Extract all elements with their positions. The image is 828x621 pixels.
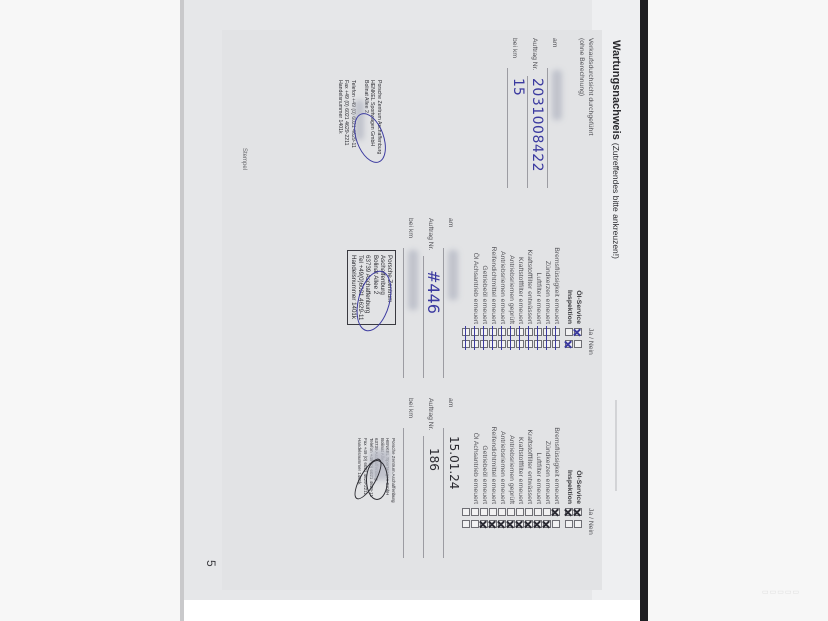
item-label: Öl Achsantrieb erneuert bbox=[472, 253, 479, 324]
item-label: Öl Achsantrieb erneuert bbox=[472, 433, 479, 504]
order-line bbox=[527, 76, 528, 188]
nein-checkbox[interactable] bbox=[516, 520, 524, 528]
order-label: Auftrag Nr. bbox=[531, 38, 538, 71]
item-label: Bremsflüssigkeit erneuert bbox=[553, 427, 560, 504]
ja-checkbox[interactable] bbox=[534, 508, 542, 516]
item-label: Antriebsriemen geprüft bbox=[508, 255, 515, 324]
nein-checkbox[interactable] bbox=[507, 340, 515, 348]
ja-checkbox[interactable] bbox=[498, 508, 506, 516]
strike-line bbox=[474, 326, 475, 350]
nein-checkbox[interactable] bbox=[462, 340, 470, 348]
km-line bbox=[403, 428, 404, 558]
nein-checkbox[interactable] bbox=[471, 520, 479, 528]
ja-checkbox[interactable] bbox=[489, 508, 497, 516]
nein-checkbox[interactable] bbox=[471, 340, 479, 348]
nein-checkbox[interactable] bbox=[574, 520, 582, 528]
nein-checkbox[interactable] bbox=[462, 520, 470, 528]
section-1: Verkaufsdurchsicht durchgeführt (ohne Be… bbox=[232, 30, 602, 200]
strike-line bbox=[510, 326, 511, 350]
date-label: am bbox=[447, 398, 454, 407]
service-label: Öl-Service bbox=[575, 290, 582, 324]
ja-checkbox[interactable] bbox=[480, 508, 488, 516]
order-label: Auftrag Nr. bbox=[427, 398, 434, 431]
stamp-line: Porsche Zentrum Aschaffenburg bbox=[390, 438, 396, 502]
ja-checkbox[interactable] bbox=[516, 508, 524, 516]
km-line bbox=[507, 68, 508, 188]
item-label: Zündkerzen erneuert bbox=[544, 441, 551, 504]
service-date: 15.01.24 bbox=[447, 436, 461, 489]
strike-line bbox=[555, 326, 556, 350]
item-label: Kraftstofffilter entwässert bbox=[526, 429, 533, 504]
ja-nein-header: Ja / Nein bbox=[587, 508, 594, 535]
ja-checkbox[interactable] bbox=[489, 328, 497, 336]
section-1-heading: Verkaufsdurchsicht durchgeführt bbox=[587, 38, 594, 135]
ja-checkbox[interactable] bbox=[507, 508, 515, 516]
stamp-line: Fax +49 (0) 6021 4629-2211 bbox=[343, 80, 350, 154]
ja-checkbox[interactable] bbox=[525, 508, 533, 516]
date-line bbox=[547, 68, 548, 188]
maintenance-record-page: Wartungsnachweis (Zutreffendes bitte ank… bbox=[184, 0, 640, 600]
km-label: bei km bbox=[407, 218, 414, 238]
ja-checkbox[interactable] bbox=[565, 328, 573, 336]
km-line bbox=[403, 248, 404, 378]
item-label: Reifendichtmittel erneuert bbox=[490, 247, 497, 324]
order-number: 186 bbox=[427, 448, 441, 471]
item-label: Antriebsriemen erneuert bbox=[499, 431, 506, 504]
ja-checkbox[interactable] bbox=[552, 508, 560, 516]
strike-line bbox=[492, 326, 493, 350]
ja-checkbox[interactable] bbox=[543, 508, 551, 516]
order-label: Auftrag Nr. bbox=[427, 218, 434, 251]
strike-line bbox=[546, 326, 547, 350]
date-line bbox=[443, 248, 444, 378]
nein-checkbox[interactable] bbox=[525, 340, 533, 348]
strike-line bbox=[537, 326, 538, 350]
order-line bbox=[423, 436, 424, 558]
redacted-date bbox=[448, 250, 458, 300]
km-value: 15 bbox=[510, 78, 526, 96]
item-label: Antriebsriemen erneuert bbox=[499, 251, 506, 324]
ja-checkbox[interactable] bbox=[498, 328, 506, 336]
ja-checkbox[interactable] bbox=[471, 328, 479, 336]
ja-checkbox[interactable] bbox=[507, 328, 515, 336]
item-label: Antriebsriemen geprüft bbox=[508, 435, 515, 504]
nein-checkbox[interactable] bbox=[565, 340, 573, 348]
order-number: 2031008422 bbox=[529, 78, 545, 172]
title-text: Wartungsnachweis bbox=[610, 40, 622, 140]
ja-checkbox[interactable] bbox=[543, 328, 551, 336]
service-label: Inspektion bbox=[566, 290, 573, 324]
item-label: Getriebeöl erneuert bbox=[481, 445, 488, 504]
ja-checkbox[interactable] bbox=[462, 508, 470, 516]
item-label: Luftfilter erneuert bbox=[535, 273, 542, 324]
nein-checkbox[interactable] bbox=[498, 340, 506, 348]
strike-line bbox=[501, 326, 502, 350]
background-right bbox=[648, 0, 828, 621]
nein-checkbox[interactable] bbox=[552, 520, 560, 528]
section-3: Ja / Nein Bremsflüssigkeit erneuertZündk… bbox=[232, 390, 602, 570]
faded-next-page-title: ▬▬▬▬▬▬▬▬▬▬▬▬▬▬ bbox=[613, 400, 620, 491]
order-number: #446 bbox=[424, 270, 443, 314]
item-label: Kraftstofffilter entwässert bbox=[526, 249, 533, 324]
ja-checkbox[interactable] bbox=[574, 508, 582, 516]
ja-checkbox[interactable] bbox=[480, 328, 488, 336]
ja-checkbox[interactable] bbox=[462, 328, 470, 336]
item-label: Luftfilter erneuert bbox=[535, 453, 542, 504]
item-label: Reifendichtmittel erneuert bbox=[490, 427, 497, 504]
item-label: Zündkerzen erneuert bbox=[544, 261, 551, 324]
date-label: am bbox=[551, 38, 558, 47]
ja-checkbox[interactable] bbox=[525, 328, 533, 336]
ja-checkbox[interactable] bbox=[471, 508, 479, 516]
redacted-date bbox=[552, 70, 562, 120]
page-number: 5 bbox=[204, 560, 218, 567]
nein-checkbox[interactable] bbox=[498, 520, 506, 528]
ja-checkbox[interactable] bbox=[516, 328, 524, 336]
ja-checkbox[interactable] bbox=[534, 328, 542, 336]
book-binding-edge bbox=[640, 0, 648, 621]
nein-checkbox[interactable] bbox=[543, 520, 551, 528]
nein-checkbox[interactable] bbox=[489, 340, 497, 348]
nein-checkbox[interactable] bbox=[525, 520, 533, 528]
nein-checkbox[interactable] bbox=[516, 340, 524, 348]
nein-checkbox[interactable] bbox=[507, 520, 515, 528]
item-label: Bremsflüssigkeit erneuert bbox=[553, 247, 560, 324]
page-title: Wartungsnachweis (Zutreffendes bitte ank… bbox=[610, 40, 622, 259]
nein-checkbox[interactable] bbox=[543, 340, 551, 348]
strike-line bbox=[528, 326, 529, 350]
strike-line bbox=[465, 326, 466, 350]
nein-checkbox[interactable] bbox=[480, 340, 488, 348]
nein-checkbox[interactable] bbox=[565, 520, 573, 528]
maintenance-form: Verkaufsdurchsicht durchgeführt (ohne Be… bbox=[222, 30, 602, 590]
ja-checkbox[interactable] bbox=[574, 328, 582, 336]
item-label: Kraftstofffilter erneuert bbox=[517, 257, 524, 324]
background-left bbox=[0, 0, 180, 621]
watermark: ▭▭▭▭▭ bbox=[762, 588, 800, 596]
section-1-subheading: (ohne Berechnung) bbox=[578, 38, 585, 96]
strike-line bbox=[483, 326, 484, 350]
km-label: bei km bbox=[511, 38, 518, 58]
km-label: bei km bbox=[407, 398, 414, 418]
nein-checkbox[interactable] bbox=[534, 520, 542, 528]
date-label: am bbox=[447, 218, 454, 227]
service-label: Inspektion bbox=[566, 470, 573, 504]
service-label: Öl-Service bbox=[575, 470, 582, 504]
nein-checkbox[interactable] bbox=[480, 520, 488, 528]
section-2: Ja / Nein Bremsflüssigkeit erneuertZündk… bbox=[232, 210, 602, 385]
nein-checkbox[interactable] bbox=[574, 340, 582, 348]
item-label: Getriebeöl erneuert bbox=[481, 265, 488, 324]
strike-line bbox=[519, 326, 520, 350]
nein-checkbox[interactable] bbox=[534, 340, 542, 348]
date-line bbox=[443, 428, 444, 558]
ja-checkbox[interactable] bbox=[552, 328, 560, 336]
title-note: (Zutreffendes bitte ankreuzen!) bbox=[611, 143, 621, 259]
item-label: Kraftstofffilter erneuert bbox=[517, 437, 524, 504]
redacted-km bbox=[408, 250, 418, 310]
stamp-label: Stempel bbox=[241, 148, 247, 170]
ja-checkbox[interactable] bbox=[565, 508, 573, 516]
order-line bbox=[423, 256, 424, 378]
ja-nein-header: Ja / Nein bbox=[587, 328, 594, 355]
nein-checkbox[interactable] bbox=[552, 340, 560, 348]
nein-checkbox[interactable] bbox=[489, 520, 497, 528]
